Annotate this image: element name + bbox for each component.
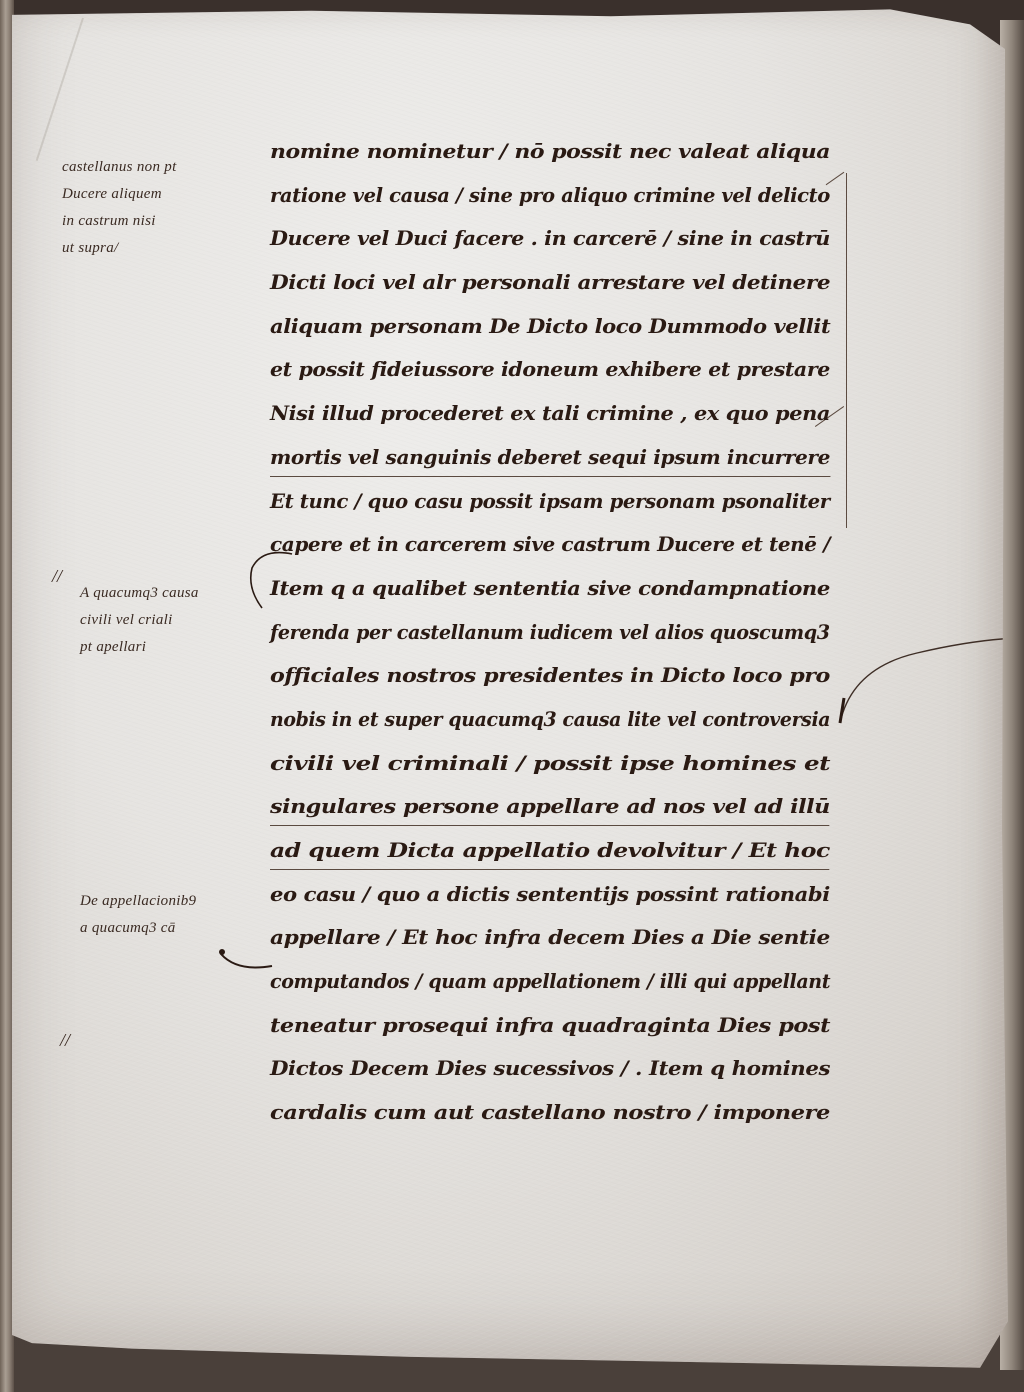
text-line: Dictos Decem Dies sucessivos / . Item q …	[270, 1053, 850, 1097]
text-line: Ducere vel Duci facere . in carcerē / si…	[270, 223, 850, 267]
margin-note-line: De appellacionib9	[80, 888, 196, 915]
main-text-block: nomine nominetur / nō possit nec valeat …	[270, 136, 850, 1141]
margin-note-line: civili vel criali	[80, 607, 199, 634]
text-line: ferenda per castellanum iudicem vel alio…	[270, 617, 850, 661]
text-line: appellare / Et hoc infra decem Dies a Di…	[270, 922, 850, 966]
text-line: nobis in et super quacumq3 causa lite ve…	[270, 704, 850, 748]
margin-note-line: ut supra/	[62, 235, 177, 262]
text-line: aliquam personam De Dicto loco Dummodo v…	[270, 311, 850, 355]
text-line: eo casu / quo a dictis sententijs possin…	[270, 879, 850, 923]
text-line: civili vel criminali / possit ipse homin…	[270, 748, 850, 792]
text-line: et possit fideiussore idoneum exhibere e…	[270, 354, 850, 398]
text-line: nomine nominetur / nō possit nec valeat …	[270, 136, 850, 180]
margin-note-line: pt apellari	[80, 634, 199, 661]
pen-flourish	[217, 938, 277, 978]
text-line-underlined: mortis vel sanguinis deberet sequi ipsum…	[270, 442, 850, 486]
text-line-underlined: singulares persone appellare ad nos vel …	[270, 791, 850, 835]
book-binding-edge	[0, 0, 14, 1392]
text-line: ratione vel causa / sine pro aliquo crim…	[270, 180, 850, 224]
margin-note-line: in castrum nisi	[62, 208, 177, 235]
manuscript-page: castellanus non pt Ducere aliquem in cas…	[12, 8, 1010, 1376]
text-line: officiales nostros presidentes in Dicto …	[270, 660, 850, 704]
margin-note-de-appellationibus: De appellacionib9 a quacumq3 cā	[80, 888, 196, 942]
paper-crease	[36, 18, 84, 161]
margin-note-line: a quacumq3 cā	[80, 915, 196, 942]
text-line: computandos / quam appellationem / illi …	[270, 966, 850, 1010]
text-line: Nisi illud procederet ex tali crimine , …	[270, 398, 850, 442]
bracket-flourish	[822, 618, 1022, 728]
text-line: Item q a qualibet sententia sive condamp…	[270, 573, 850, 617]
text-line: cardalis cum aut castellano nostro / imp…	[270, 1097, 850, 1141]
margin-mark-double-stroke: //	[52, 566, 62, 587]
margin-note-line: castellanus non pt	[62, 154, 177, 181]
text-line-underlined: ad quem Dicta appellatio devolvitur / Et…	[270, 835, 850, 879]
text-line: Dicti loci vel alr personali arrestare v…	[270, 267, 850, 311]
margin-note-appellari: A quacumq3 causa civili vel criali pt ap…	[80, 580, 199, 661]
margin-note-castellanus: castellanus non pt Ducere aliquem in cas…	[62, 154, 177, 262]
margin-mark-bottom-double-stroke: //	[60, 1030, 70, 1051]
text-line: teneatur prosequi infra quadraginta Dies…	[270, 1010, 850, 1054]
margin-note-line: A quacumq3 causa	[80, 580, 199, 607]
photo-scene: castellanus non pt Ducere aliquem in cas…	[0, 0, 1024, 1392]
margin-note-line: Ducere aliquem	[62, 181, 177, 208]
text-line: capere et in carcerem sive castrum Ducer…	[270, 529, 850, 573]
text-line: Et tunc / quo casu possit ipsam personam…	[270, 486, 850, 530]
